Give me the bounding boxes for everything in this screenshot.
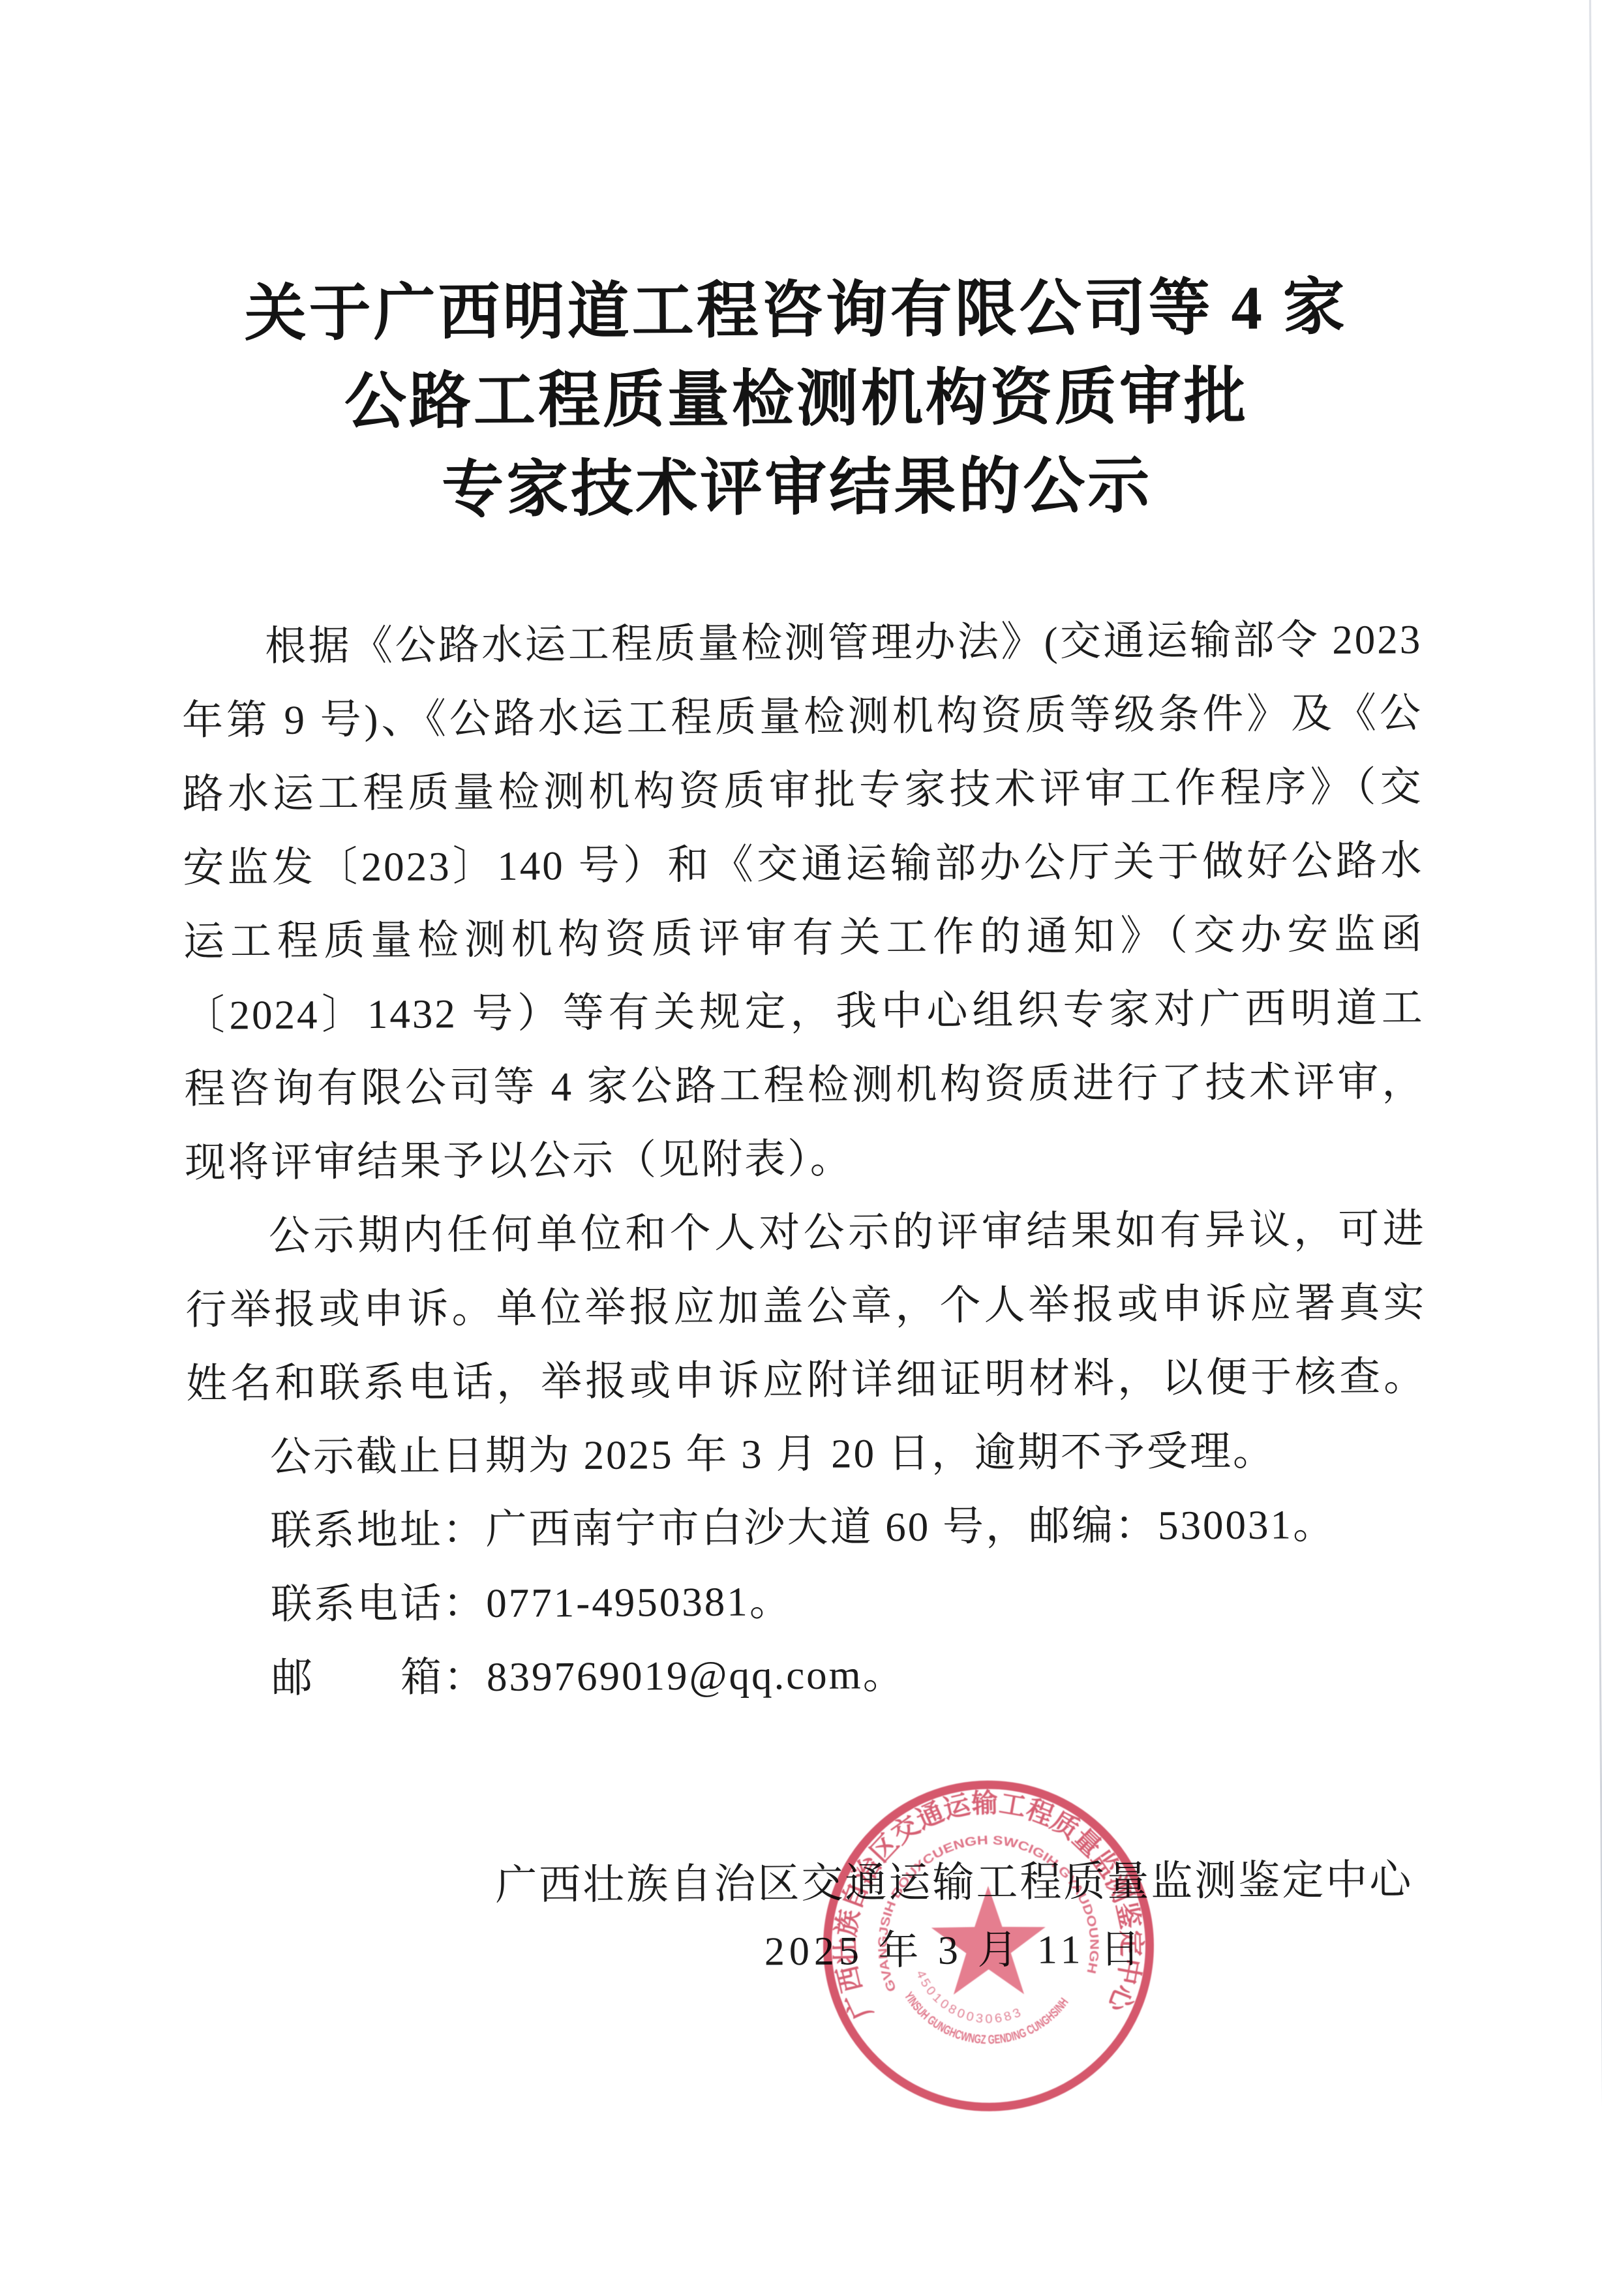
body-line-3: 路水运工程质量检测机构资质审批专家技术评审工作程序》（交: [182, 750, 1423, 832]
body-line-7: 程咨询有限公司等 4 家公路工程检测机构资质进行了技术评审，: [184, 1045, 1425, 1126]
document-title: 关于广西明道工程咨询有限公司等 4 家 公路工程质量检测机构资质审批 专家技术评…: [0, 262, 1598, 537]
body-line-12: 公示截止日期为 2025 年 3 月 20 日，逾期不予受理。: [187, 1413, 1428, 1495]
body-line-4: 安监发〔2023〕140 号）和《交通运输部办公厅关于做好公路水: [183, 824, 1424, 905]
body-line-5: 运工程质量检测机构资质评审有关工作的通知》（交办安监函: [183, 898, 1425, 979]
body-line-2: 年第 9 号)、《公路水运工程质量检测机构资质等级条件》及《公: [182, 676, 1423, 758]
official-seal: 广西壮族自治区交通运输工程质量监测鉴定中心 GVANGJSIH BOUXCUEN…: [805, 1762, 1172, 2130]
scanned-notice-page: 关于广西明道工程咨询有限公司等 4 家 公路工程质量检测机构资质审批 专家技术评…: [0, 0, 1602, 2296]
body-line-15: 邮 箱：839769019@qq.com。: [188, 1635, 1429, 1716]
body-line-1: 根据《公路水运工程质量检测管理办法》(交通运输部令 2023: [181, 603, 1423, 684]
body-line-13: 联系地址：广西南宁市白沙大道 60 号，邮编：530031。: [187, 1487, 1428, 1569]
body-line-6: 〔2024〕1432 号）等有关规定，我中心组织专家对广西明道工: [183, 971, 1425, 1053]
title-line-1: 关于广西明道工程咨询有限公司等 4 家: [0, 262, 1597, 360]
title-line-3: 专家技术评审结果的公示: [0, 439, 1598, 537]
seal-star-icon: [931, 1886, 1046, 1995]
title-line-2: 公路工程质量检测机构资质审批: [0, 350, 1597, 449]
body-line-14: 联系电话：0771-4950381。: [187, 1561, 1428, 1642]
body-line-10: 行举报或申诉。单位举报应加盖公章，个人举报或申诉应署真实: [185, 1266, 1427, 1348]
body-line-9: 公示期内任何单位和个人对公示的评审结果如有异议，可进: [185, 1192, 1426, 1274]
body-line-11: 姓名和联系电话，举报或申诉应附详细证明材料，以便于核查。: [186, 1340, 1427, 1421]
body-line-8: 现将评审结果予以公示（见附表）。: [185, 1119, 1426, 1200]
document-body: 根据《公路水运工程质量检测管理办法》(交通运输部令 2023 年第 9 号)、《…: [181, 603, 1428, 1716]
page-content: 关于广西明道工程咨询有限公司等 4 家 公路工程质量检测机构资质审批 专家技术评…: [0, 0, 1602, 2296]
